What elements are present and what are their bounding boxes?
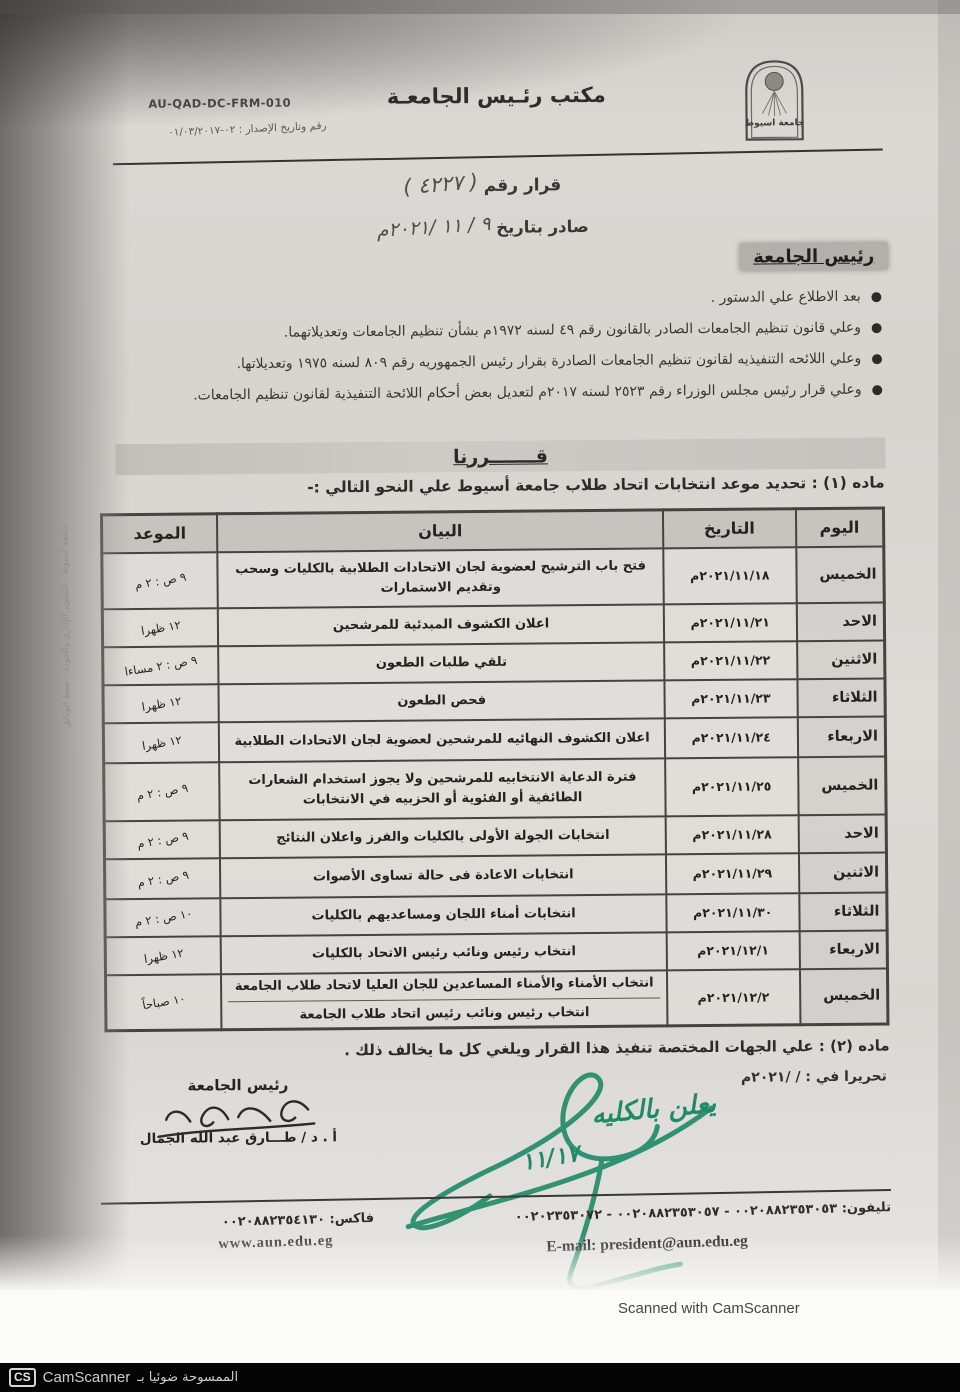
cell-statement: فترة الدعاية الانتخابيه للمرشحين ولا يجو… (219, 758, 665, 820)
cell-day: الاحد (796, 602, 884, 641)
camscanner-footer-bar: CS CamScanner الممسوحة ضوئيا بـ (0, 1363, 960, 1392)
cell-date: ٢٠٢١/١١/٣٠م (666, 893, 799, 932)
fax-line: فاكس: ٠٠٢٠٨٨٢٣٥٤١٣٠ (144, 1211, 374, 1232)
statement-line-1: انتخاب الأمناء والأمناء المساعدين للجان … (228, 974, 660, 997)
scan-shadow-right (938, 0, 960, 1290)
camscanner-watermark: Scanned with CamScanner (618, 1300, 800, 1317)
cell-day: الاربعاء (799, 930, 887, 969)
cell-day: الثلاثاء (797, 678, 885, 717)
cell-date: ٢٠٢١/١١/٢١م (664, 603, 797, 642)
statement-line-2: انتخاب رئيس ونائب رئيس اتحاد طلاب الجامع… (229, 997, 661, 1025)
election-schedule-table: اليوم التاريخ البيان الموعد الخميس ٢٠٢١/… (100, 506, 889, 1032)
cell-statement: تلقي طلبات الطعون (218, 642, 664, 684)
decision-date-label: صادر بتاريخ (496, 217, 589, 237)
table-row: الخميس ٢٠٢١/١١/١٨م فتح باب الترشيح لعضوي… (102, 546, 884, 609)
camscanner-arabic-text: الممسوحة ضوئيا بـ (137, 1370, 238, 1385)
time-value: ١٠ ص : ٢ م (133, 906, 193, 929)
cell-statement: انتخابات الجولة الأولى بالكليات والفرز و… (220, 816, 666, 858)
cell-statement: انتخاب رئيس ونائب رئيس الاتحاد بالكليات (221, 932, 667, 974)
cell-statement: انتخاب الأمناء والأمناء المساعدين للجان … (221, 970, 667, 1030)
cell-statement: انتخابات الاعادة فى حالة تساوى الأصوات (220, 854, 666, 898)
header-divider (113, 148, 883, 165)
decision-number-line: قرار رقم ( ٤٢٢٧ ) (317, 171, 647, 198)
time-value: ٩ ص : ٢ م (136, 828, 190, 850)
decided-banner: قـــــــررنا (115, 437, 885, 475)
cell-day: الاحد (798, 814, 886, 853)
decision-number-label: قرار رقم (484, 175, 562, 196)
article-2: ماده (٢) : علي الجهات المختصة تنفيذ هذا … (100, 1036, 890, 1061)
cell-date: ٢٠٢١/١١/٢٣م (664, 679, 797, 718)
cell-date: ٢٠٢١/١١/٢٩م (666, 853, 799, 894)
preamble-item: ● بعد الاطلاع علي الدستور . (116, 288, 882, 313)
time-value: ١٢ ظهرا (140, 693, 182, 713)
cell-date: ٢٠٢١/١٢/٢م (667, 969, 800, 1026)
cell-statement: اعلان الكشوف المبدئية للمرشحين (218, 604, 664, 646)
table-row: الاربعاء ٢٠٢١/١١/٢٤م اعلان الكشوف النهائ… (103, 716, 885, 763)
cell-day: الاربعاء (797, 716, 885, 757)
preamble-item: ● وعلي قانون تنظيم الجامعات الصادر بالقا… (116, 319, 882, 344)
col-header-statement: البيان (217, 510, 663, 552)
green-handwritten-note: يعلن بالكليه (590, 1089, 717, 1131)
cell-date: ٢٠٢١/١٢/١م (667, 931, 800, 970)
cell-day: الاثنين (797, 640, 885, 679)
time-value: ١٠ صباحاً (141, 992, 186, 1013)
bullet-icon: ● (871, 350, 883, 368)
table-row: الخميس ٢٠٢١/١١/٢٥م فترة الدعاية الانتخاب… (104, 756, 886, 821)
scanned-document: مكتب رئـيس الجامعـة AU-QAD-DC-FRM-010 رق… (0, 0, 960, 1290)
col-header-date: التاريخ (663, 509, 796, 548)
scan-margin-strip: Scanned with CamScanner (0, 1290, 960, 1363)
time-value: ٩ ص : ٢ مساءا (124, 652, 199, 678)
time-value: ٩ ص : ٢ م (136, 867, 190, 889)
preamble-item: ● وعلي قرار رئيس مجلس الوزراء رقم ٢٥٢٣ ل… (117, 381, 883, 406)
col-header-day: اليوم (796, 508, 884, 547)
cell-day: الخميس (796, 546, 884, 603)
decision-date-line: صادر بتاريخ ٩ / ١١ /٢٠٢١م (317, 215, 647, 240)
time-value: ١٢ ظهرا (143, 945, 185, 965)
preamble-list: ● بعد الاطلاع علي الدستور . ● وعلي قانون… (116, 288, 883, 419)
camscanner-screenshot: مكتب رئـيس الجامعـة AU-QAD-DC-FRM-010 رق… (0, 0, 960, 1392)
decision-number-handwritten: ( ٤٢٢٧ ) (402, 169, 479, 199)
cell-date: ٢٠٢١/١١/١٨م (663, 547, 796, 604)
cell-day: الخميس (798, 756, 886, 815)
cell-day: الاثنين (799, 852, 887, 893)
cell-day: الثلاثاء (799, 892, 887, 931)
table-row: الاثنين ٢٠٢١/١١/٢٩م انتخابات الاعادة فى … (104, 852, 886, 899)
cell-statement: فتح باب الترشيح لعضوية لجان الاتحادات ال… (218, 548, 664, 608)
decided-word: قـــــــررنا (453, 445, 548, 468)
signer-title: رئيس الجامعة (133, 1075, 343, 1095)
scan-shadow-left (0, 0, 130, 1290)
phone-line: تليفون: ٠٠٢٠٨٨٢٣٥٣٠٥٣ - ٠٠٢٠٨٨٢٣٥٣٠٥٧ - … (391, 1200, 891, 1228)
bullet-icon: ● (871, 381, 883, 399)
president-signature-ink (140, 1093, 325, 1147)
time-value: ٩ ص : ٢ م (135, 780, 189, 802)
cell-date: ٢٠٢١/١١/٢٨م (666, 815, 799, 854)
camscanner-brand-text: CamScanner (43, 1369, 131, 1386)
time-value: ١٢ ظهرا (140, 617, 182, 637)
preamble-text: وعلي قانون تنظيم الجامعات الصادر بالقانو… (284, 320, 861, 341)
table-row: الخميس ٢٠٢١/١٢/٢م انتخاب الأمناء والأمنا… (105, 968, 887, 1031)
cell-statement: انتخابات أمناء اللجان ومساعديهم بالكليات (221, 894, 667, 936)
cell-statement: فحص الطعون (219, 680, 665, 722)
authority-heading: رئيس الجامعة (740, 242, 888, 270)
preamble-text: وعلي اللائحه التنفيذيه لقانون تنظيم الجا… (236, 351, 861, 372)
cell-statement: اعلان الكشوف النهائيه للمرشحين لعضوية لج… (219, 718, 665, 762)
cell-date: ٢٠٢١/١١/٢٤م (665, 717, 798, 758)
article-1: ماده (١) : تحديد موعد انتخابات اتحاد طلا… (95, 473, 885, 498)
scan-fade-bottom (0, 1235, 960, 1290)
scan-shadow-top-edge (0, 0, 960, 14)
decision-date-handwritten: ٩ / ١١ /٢٠٢١م (376, 213, 491, 242)
preamble-text: بعد الاطلاع علي الدستور . (711, 289, 861, 306)
cell-date: ٢٠٢١/١١/٢٢م (664, 641, 797, 680)
time-value: ١٢ ظهرا (141, 732, 183, 752)
time-value: ٩ ص : ٢ م (133, 569, 187, 591)
written-on-line: تحريرا في : / /٢٠٢١م (565, 1068, 887, 1087)
green-handwritten-date: ١١/١٧ (520, 1141, 581, 1176)
bullet-icon: ● (871, 288, 883, 306)
bullet-icon: ● (871, 319, 883, 337)
preamble-item: ● وعلي اللائحه التنفيذيه لقانون تنظيم ال… (117, 350, 883, 375)
scan-shadow-top (0, 0, 760, 130)
preamble-text: وعلي قرار رئيس مجلس الوزراء رقم ٢٥٢٣ لسن… (193, 382, 862, 404)
cell-day: الخميس (800, 968, 888, 1025)
camscanner-logo-icon: CS (9, 1368, 36, 1387)
cell-date: ٢٠٢١/١١/٢٥م (665, 757, 798, 816)
